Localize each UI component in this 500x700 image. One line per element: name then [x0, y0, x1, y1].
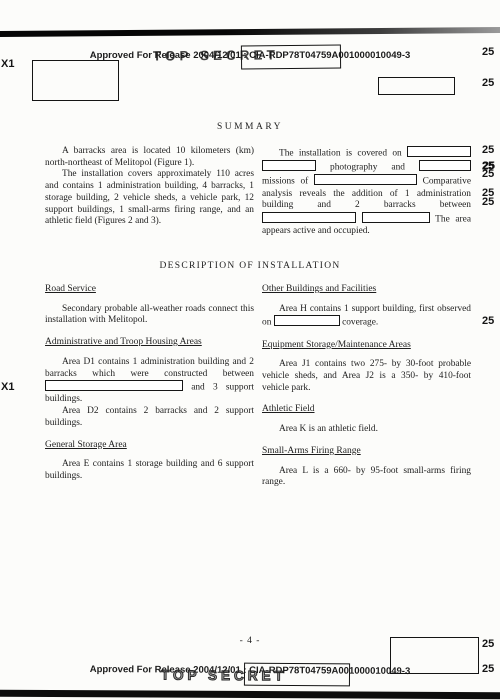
bottom-scan-bar [0, 690, 500, 700]
top-scan-bar [0, 27, 500, 37]
footer-review-box [244, 663, 350, 687]
classification-marker: 25 [482, 169, 494, 180]
top-right-review-box [378, 77, 455, 95]
description-right-column: Other Buildings and FacilitiesArea H con… [262, 284, 471, 489]
section-heading: Road Service [45, 284, 254, 296]
summary-heading: SUMMARY [0, 122, 500, 132]
header-review-box [241, 44, 341, 69]
redaction-box [314, 174, 417, 185]
section-heading: Administrative and Troop Housing Areas [45, 337, 254, 349]
classification-marker: X1 [1, 59, 14, 70]
section-heading: Other Buildings and Facilities [262, 284, 471, 296]
paragraph: Area J1 contains two 275- by 30-foot pro… [262, 359, 471, 394]
paragraph: Secondary probable all-weather roads con… [45, 304, 254, 327]
description-heading: DESCRIPTION OF INSTALLATION [0, 261, 500, 271]
classification-marker: X1 [1, 382, 14, 393]
classification-marker: 25 [482, 316, 494, 327]
redaction-box [262, 160, 316, 171]
section-heading: Equipment Storage/Maintenance Areas [262, 340, 471, 352]
section-heading: General Storage Area [45, 440, 254, 452]
section-heading: Athletic Field [262, 404, 471, 416]
summary-right-column: The installation is covered on photograp… [262, 146, 471, 238]
redaction-box [419, 160, 471, 171]
redaction-box [407, 146, 471, 157]
classification-marker: 25 [482, 197, 494, 208]
paragraph: A barracks area is located 10 kilometers… [45, 146, 254, 169]
paragraph: Area E contains 1 storage building and 6… [45, 459, 254, 482]
paragraph: Area D2 contains 2 barracks and 2 suppor… [45, 406, 254, 429]
document-page: Approved For Release 2004/12/01 : CIA-RD… [0, 0, 500, 700]
paragraph: Area K is an athletic field. [262, 424, 471, 436]
section-heading: Small-Arms Firing Range [262, 446, 471, 458]
classification-marker: 25 [482, 78, 494, 89]
paragraph: Area H contains 1 support building, firs… [262, 304, 471, 330]
description-left-column: Road ServiceSecondary probable all-weath… [45, 284, 254, 483]
redaction-box [274, 315, 340, 326]
classification-marker: 25 [482, 145, 494, 156]
paragraph: The installation covers approximately 11… [45, 169, 254, 228]
bottom-right-review-box [390, 637, 479, 674]
classification-marker: 25 [482, 47, 494, 58]
paragraph: Area L is a 660- by 95-foot small-arms f… [262, 466, 471, 489]
paragraph: The installation is covered on photograp… [262, 146, 471, 238]
redaction-box [45, 380, 183, 391]
redaction-box [362, 212, 430, 223]
paragraph: Area D1 contains 1 administration buildi… [45, 357, 254, 406]
top-left-review-box [32, 60, 119, 101]
summary-left-column: A barracks area is located 10 kilometers… [45, 146, 254, 228]
redaction-box [262, 212, 356, 223]
